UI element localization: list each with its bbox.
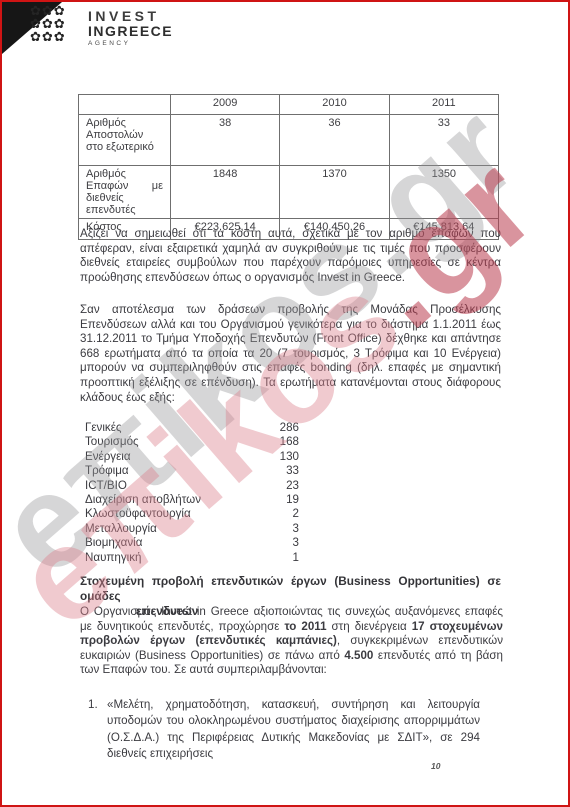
cell-value: 1350 (389, 166, 498, 219)
sector-value: 130 (271, 450, 299, 464)
sector-value: 2 (271, 507, 299, 521)
logo-line-ingreece: INGREECE (88, 24, 173, 39)
sector-label: ICT/BIO (85, 479, 271, 493)
sector-label: Μεταλλουργία (85, 522, 271, 536)
row-label: Αριθμός Επαφών με διεθνείς επενδυτές (79, 166, 171, 219)
cell-value: 38 (171, 115, 280, 166)
logo-text: INVEST INGREECE AGENCY (88, 9, 173, 48)
sector-value: 23 (271, 479, 299, 493)
text-run-bold: το 2011 (284, 620, 326, 633)
sector-label: Ενέργεια (85, 450, 271, 464)
row-label: Αριθμός Αποστολών στο εξωτερικό (79, 115, 171, 166)
stats-table: 2009 2010 2011 Αριθμός Αποστολών στο εξω… (78, 94, 499, 240)
table-header-2010: 2010 (280, 95, 389, 115)
sector-label: Βιομηχανία (85, 536, 271, 550)
heading-line-1: Στοχευμένη προβολή επενδυτικών έργων (Bu… (80, 574, 501, 604)
text-run-bold: 4.500 (344, 649, 373, 662)
list-item: Διαχείριση αποβλήτων19 (85, 493, 299, 507)
sector-breakdown-list: Γενικές286 Τουρισμός168 Ενέργεια130 Τρόφ… (85, 421, 299, 565)
sector-label: Τουρισμός (85, 435, 271, 449)
paragraph-front-office: Σαν αποτέλεσμα των δράσεων προβολής της … (80, 303, 501, 405)
ornament-row: ✿✿✿ (30, 30, 88, 43)
table-row: Αριθμός Επαφών με διεθνείς επενδυτές 184… (79, 166, 499, 219)
list-item: Γενικές286 (85, 421, 299, 435)
list-item: ICT/BIO23 (85, 479, 299, 493)
list-item: Βιομηχανία3 (85, 536, 299, 550)
sector-label: Κλωστοϋφαντουργία (85, 507, 271, 521)
sector-value: 3 (271, 522, 299, 536)
sector-label: Τρόφιμα (85, 464, 271, 478)
sector-value: 33 (271, 464, 299, 478)
text-run: στη διενέργεια (327, 620, 412, 633)
sector-value: 19 (271, 493, 299, 507)
sector-label: Διαχείριση αποβλήτων (85, 493, 271, 507)
table-header-2011: 2011 (389, 95, 498, 115)
logo-line-agency: AGENCY (88, 39, 173, 48)
list-item: Τρόφιμα33 (85, 464, 299, 478)
logo-ornament-icon: ✿✿✿ ✿✿✿ ✿✿✿ (30, 4, 88, 43)
cell-value: 36 (280, 115, 389, 166)
list-item: Ναυπηγική1 (85, 551, 299, 565)
paragraph-costs-note: Αξίζει να σημειωθεί ότι τα κόστη αυτά, σ… (80, 227, 501, 285)
table-header-empty (79, 95, 171, 115)
paragraph-business-opportunities: Ο Οργανισμός Invest in Greece αξιοποιώντ… (80, 605, 503, 678)
sector-label: Γενικές (85, 421, 271, 435)
list-item-number: 1. (88, 697, 107, 763)
sector-value: 168 (271, 435, 299, 449)
numbered-list-item: 1. «Μελέτη, χρηματοδότηση, κατασκευή, συ… (88, 697, 480, 763)
list-item: Τουρισμός168 (85, 435, 299, 449)
page-number: 10 (431, 761, 440, 771)
table-row: Αριθμός Αποστολών στο εξωτερικό 38 36 33 (79, 115, 499, 166)
sector-value: 1 (271, 551, 299, 565)
cell-value: 33 (389, 115, 498, 166)
sector-value: 286 (271, 421, 299, 435)
table-header-row: 2009 2010 2011 (79, 95, 499, 115)
logo-line-invest: INVEST (88, 9, 173, 24)
sector-value: 3 (271, 536, 299, 550)
cell-value: 1848 (171, 166, 280, 219)
list-item: Μεταλλουργία3 (85, 522, 299, 536)
list-item: Κλωστοϋφαντουργία2 (85, 507, 299, 521)
sector-label: Ναυπηγική (85, 551, 271, 565)
cell-value: 1370 (280, 166, 389, 219)
list-item-text: «Μελέτη, χρηματοδότηση, κατασκευή, συντή… (107, 697, 480, 763)
table-header-2009: 2009 (171, 95, 280, 115)
list-item: Ενέργεια130 (85, 450, 299, 464)
